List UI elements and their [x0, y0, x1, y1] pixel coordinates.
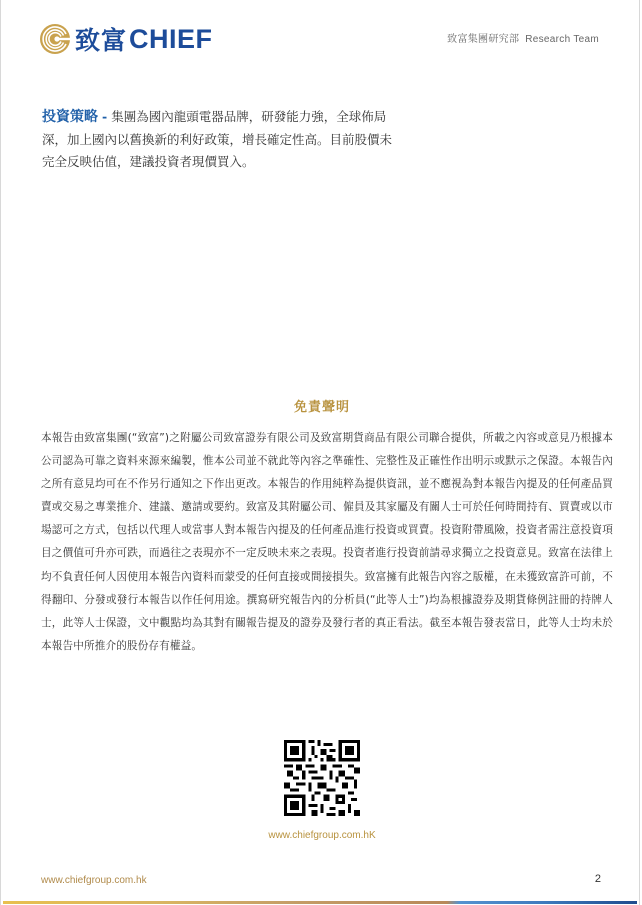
- disclaimer-title: 免責聲明: [1, 396, 642, 415]
- footer-website-link[interactable]: www.chiefgroup.com.hk: [41, 875, 147, 886]
- chief-swirl-logo-icon: [39, 23, 71, 55]
- strategy-separator: -: [102, 109, 107, 124]
- logo-chinese-text: 致富: [75, 21, 127, 57]
- page-number: 2: [595, 873, 601, 885]
- department-en: Research Team: [525, 34, 599, 45]
- strategy-label: 投資策略: [42, 109, 98, 125]
- logo-english-text: CHIEF: [129, 24, 213, 55]
- qr-code-icon: [284, 740, 360, 816]
- disclaimer-body: 本報告由致富集團(“致富”)之附屬公司致富證券有限公司及致富期貨商品有限公司聯合…: [41, 427, 613, 658]
- report-page: 致富 CHIEF 致富集團研究部Research Team 投資策略-集團為國內…: [0, 0, 640, 905]
- chief-logo: 致富 CHIEF: [39, 22, 213, 56]
- department-cn: 致富集團研究部: [447, 34, 519, 45]
- investment-strategy: 投資策略-集團為國內龍頭電器品牌，研發能力強，全球佈局深，加上國內以舊換新的利好…: [42, 106, 397, 174]
- qr-website-link[interactable]: www.chiefgroup.com.hK: [1, 830, 642, 841]
- department-label: 致富集團研究部Research Team: [447, 30, 599, 45]
- footer-color-bar: [3, 901, 637, 904]
